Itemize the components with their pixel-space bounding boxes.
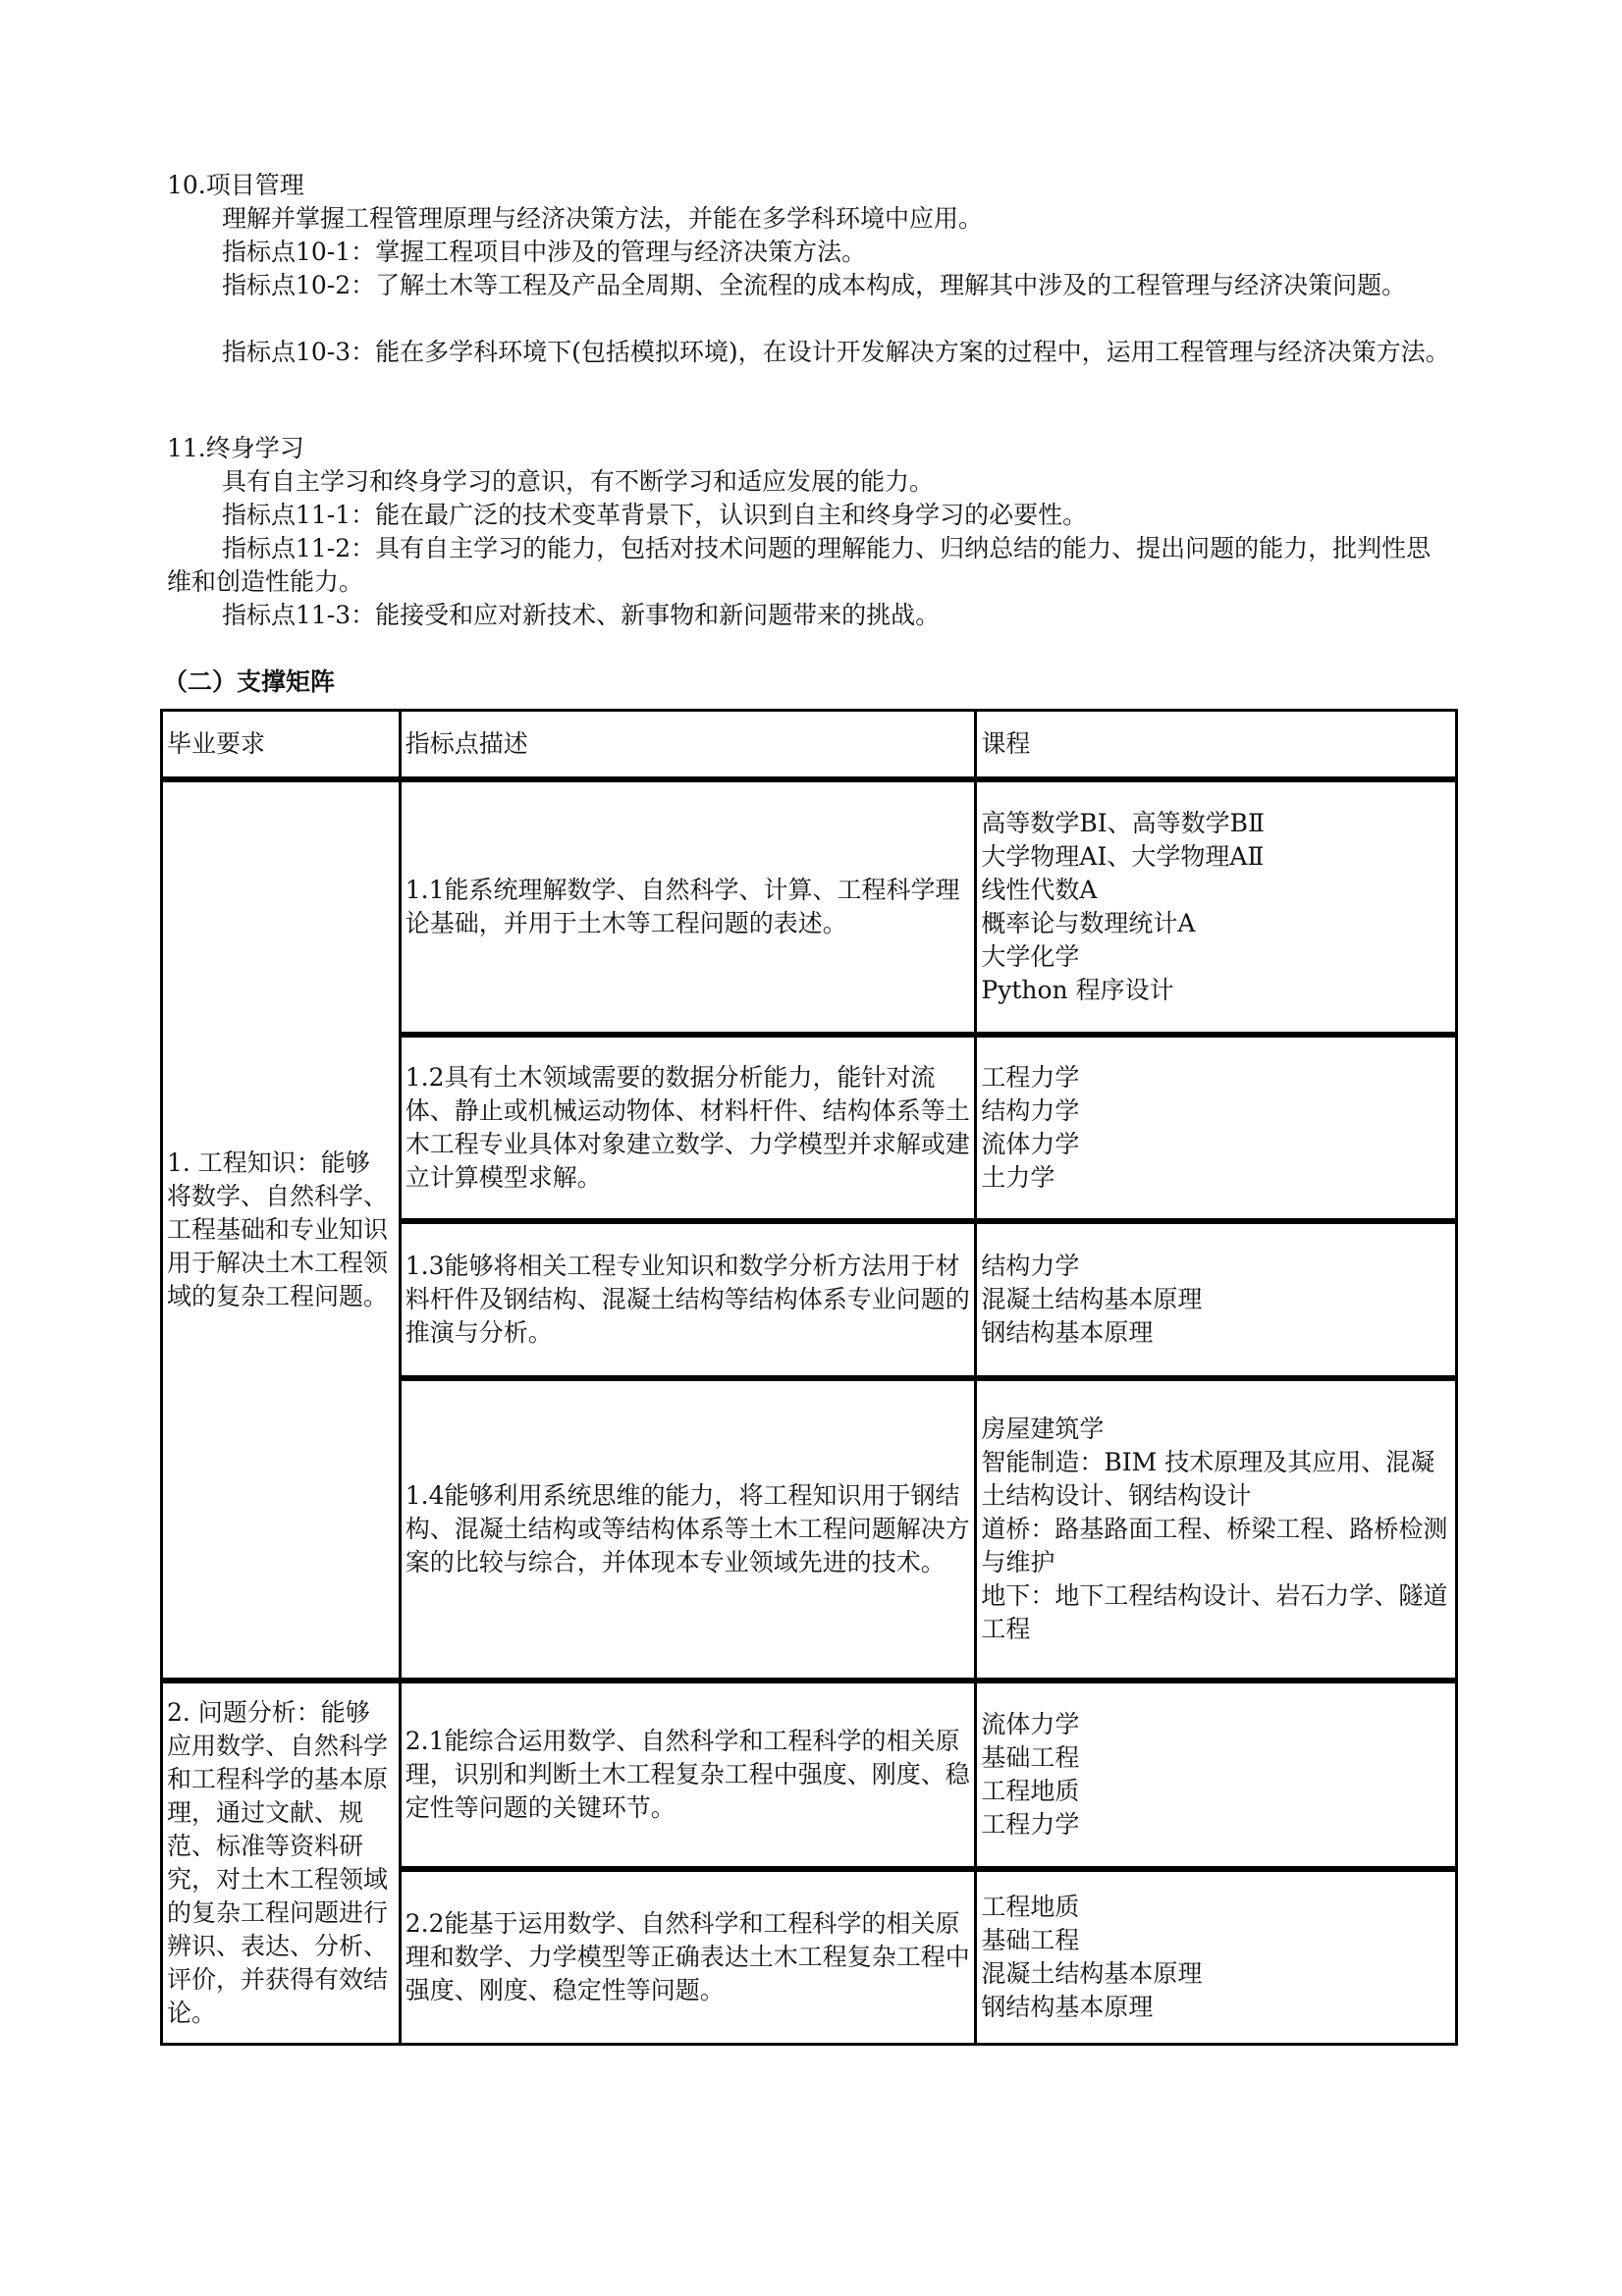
course-item: 工程力学 (981, 1061, 1451, 1095)
course-item: 工程力学 (981, 1808, 1451, 1842)
indicator-11-2: 指标点11-2：具有自主学习的能力，包括对技术问题的理解能力、归纳总结的能力、提… (167, 532, 1453, 599)
document-page: 10.项目管理 理解并掌握工程管理原理与经济决策方法，并能在多学科环境中应用。 … (0, 0, 1622, 2296)
table-row: 2. 问题分析：能够应用数学、自然科学和工程科学的基本原理，通过文献、规范、标准… (162, 1681, 1457, 1869)
indicator-10-2: 指标点10-2：了解土木等工程及产品全周期、全流程的成本构成，理解其中涉及的工程… (167, 269, 1453, 302)
course-item: 钢结构基本原理 (981, 1991, 1451, 2024)
course-item: 大学物理AⅠ、大学物理AⅡ (981, 840, 1451, 874)
course-item: 地下：地下工程结构设计、岩石力学、隧道工程 (981, 1579, 1451, 1646)
header-indicator-description: 指标点描述 (400, 711, 976, 780)
course-item: 结构力学 (981, 1095, 1451, 1128)
indicator-1-1-courses: 高等数学BⅠ、高等数学BⅡ 大学物理AⅠ、大学物理AⅡ 线性代数A 概率论与数理… (976, 779, 1457, 1035)
indicator-2-2-description: 2.2能基于运用数学、自然科学和工程科学的相关原理和数学、力学模型等正确表达土木… (400, 1869, 976, 2044)
requirement-1-label: 1. 工程知识：能够将数学、自然科学、工程基础和专业知识用于解决土木工程领域的复… (162, 779, 401, 1681)
course-item: 混凝土结构基本原理 (981, 1957, 1451, 1991)
course-item: 基础工程 (981, 1924, 1451, 1957)
support-matrix-table: 毕业要求 指标点描述 课程 1. 工程知识：能够将数学、自然科学、工程基础和专业… (160, 709, 1458, 2046)
indicator-1-3-description: 1.3能够将相关工程专业知识和数学分析方法用于材料杆件及钢结构、混凝土结构等结构… (400, 1221, 976, 1378)
course-item: 混凝土结构基本原理 (981, 1283, 1451, 1316)
course-item: 工程地质 (981, 1891, 1451, 1924)
course-item: 结构力学 (981, 1250, 1451, 1283)
course-item: 钢结构基本原理 (981, 1316, 1451, 1350)
indicator-1-1-description: 1.1能系统理解数学、自然科学、计算、工程科学理论基础，并用于土木等工程问题的表… (400, 779, 976, 1035)
indicator-11-1: 指标点11-1：能在最广泛的技术变革背景下，认识到自主和终身学习的必要性。 (167, 499, 1453, 532)
course-item: 工程地质 (981, 1775, 1451, 1808)
course-item: 房屋建筑学 (981, 1413, 1451, 1446)
course-item: 大学化学 (981, 940, 1451, 974)
course-item: 智能制造：BIM 技术原理及其应用、混凝土结构设计、钢结构设计 (981, 1446, 1451, 1513)
course-item: 道桥：路基路面工程、桥梁工程、路桥检测与维护 (981, 1513, 1451, 1579)
indicator-11-3: 指标点11-3：能接受和应对新技术、新事物和新问题带来的挑战。 (167, 599, 1453, 632)
section-10-title: 10.项目管理 (167, 169, 304, 202)
indicator-1-2-description: 1.2具有土木领域需要的数据分析能力，能针对流体、静止或机械运动物体、材料杆件、… (400, 1035, 976, 1221)
indicator-1-4-courses: 房屋建筑学 智能制造：BIM 技术原理及其应用、混凝土结构设计、钢结构设计 道桥… (976, 1378, 1457, 1681)
matrix-title: （二）支撑矩阵 (163, 666, 335, 699)
table-header-row: 毕业要求 指标点描述 课程 (162, 711, 1457, 780)
course-item: 高等数学BⅠ、高等数学BⅡ (981, 807, 1451, 840)
header-courses: 课程 (976, 711, 1457, 780)
section-10-summary: 理解并掌握工程管理原理与经济决策方法，并能在多学科环境中应用。 (167, 202, 1453, 236)
table-row: 1. 工程知识：能够将数学、自然科学、工程基础和专业知识用于解决土木工程领域的复… (162, 779, 1457, 1035)
course-item: 流体力学 (981, 1128, 1451, 1161)
course-item: 线性代数A (981, 874, 1451, 907)
course-item: 流体力学 (981, 1708, 1451, 1741)
indicator-10-1: 指标点10-1：掌握工程项目中涉及的管理与经济决策方法。 (167, 236, 1453, 269)
header-graduation-requirement: 毕业要求 (162, 711, 401, 780)
section-11-title: 11.终身学习 (167, 432, 304, 465)
course-item: 概率论与数理统计A (981, 907, 1451, 940)
indicator-1-3-courses: 结构力学 混凝土结构基本原理 钢结构基本原理 (976, 1221, 1457, 1378)
indicator-2-1-description: 2.1能综合运用数学、自然科学和工程科学的相关原理，识别和判断土木工程复杂工程中… (400, 1681, 976, 1869)
indicator-10-3: 指标点10-3：能在多学科环境下(包括模拟环境)，在设计开发解决方案的过程中，运… (167, 336, 1453, 369)
course-item: Python 程序设计 (981, 974, 1451, 1007)
course-item: 基础工程 (981, 1741, 1451, 1775)
section-11-summary: 具有自主学习和终身学习的意识，有不断学习和适应发展的能力。 (167, 465, 1453, 499)
indicator-2-2-courses: 工程地质 基础工程 混凝土结构基本原理 钢结构基本原理 (976, 1869, 1457, 2044)
indicator-1-2-courses: 工程力学 结构力学 流体力学 土力学 (976, 1035, 1457, 1221)
requirement-2-label: 2. 问题分析：能够应用数学、自然科学和工程科学的基本原理，通过文献、规范、标准… (162, 1681, 401, 2044)
indicator-2-1-courses: 流体力学 基础工程 工程地质 工程力学 (976, 1681, 1457, 1869)
course-item: 土力学 (981, 1161, 1451, 1195)
indicator-1-4-description: 1.4能够利用系统思维的能力，将工程知识用于钢结构、混凝土结构或等结构体系等土木… (400, 1378, 976, 1681)
